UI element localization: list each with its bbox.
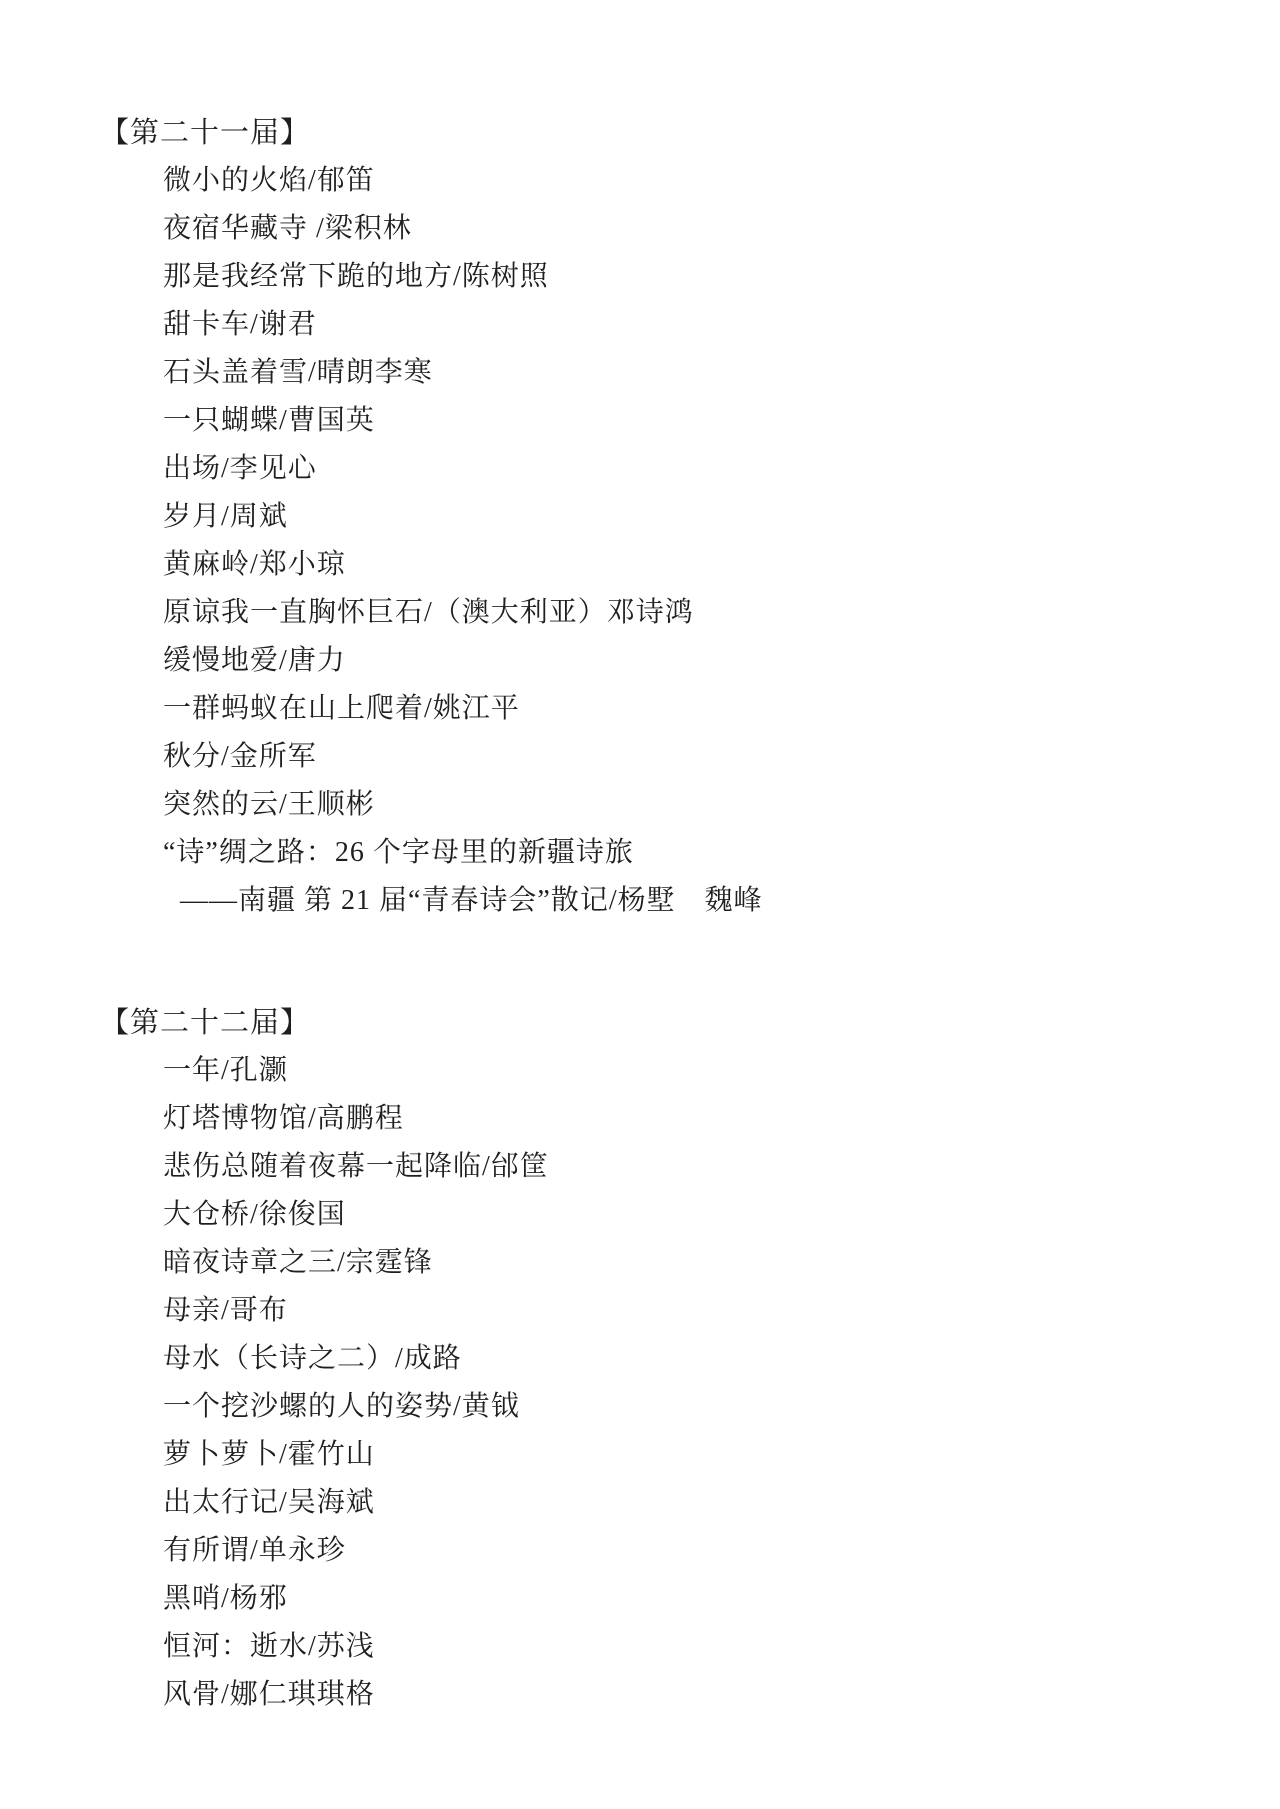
toc-entry: 一群蚂蚁在山上爬着/姚江平	[100, 685, 1220, 733]
toc-entry: 风骨/娜仁琪琪格	[100, 1671, 1220, 1719]
toc-entry-continuation: ——南疆 第 21 届“青春诗会”散记/杨墅 魏峰	[100, 877, 1220, 925]
toc-entry: 大仓桥/徐俊国	[100, 1191, 1220, 1239]
toc-entry: “诗”绸之路：26 个字母里的新疆诗旅	[100, 829, 1220, 877]
toc-entry: 一个挖沙螺的人的姿势/黄钺	[100, 1383, 1220, 1431]
toc-entry: 岁月/周斌	[100, 493, 1220, 541]
toc-entry: 缓慢地爱/唐力	[100, 637, 1220, 685]
toc-entry: 出太行记/吴海斌	[100, 1479, 1220, 1527]
toc-entry: 出场/李见心	[100, 445, 1220, 493]
toc-entry: 母水（长诗之二）/成路	[100, 1335, 1220, 1383]
toc-entry: 萝卜萝卜/霍竹山	[100, 1431, 1220, 1479]
toc-entry: 悲伤总随着夜幕一起降临/邰筐	[100, 1143, 1220, 1191]
toc-entry: 恒河：逝水/苏浅	[100, 1623, 1220, 1671]
section-header: 【第二十二届】	[100, 999, 1220, 1047]
toc-entry: 石头盖着雪/晴朗李寒	[100, 349, 1220, 397]
toc-entry: 突然的云/王顺彬	[100, 781, 1220, 829]
toc-content: 【第二十一届】 微小的火焰/郁笛 夜宿华藏寺 /梁积林 那是我经常下跪的地方/陈…	[0, 0, 1280, 1719]
toc-entry: 有所谓/单永珍	[100, 1527, 1220, 1575]
section-items: 一年/孔灏 灯塔博物馆/高鹏程 悲伤总随着夜幕一起降临/邰筐 大仓桥/徐俊国 暗…	[100, 1047, 1220, 1719]
toc-entry: 黑哨/杨邪	[100, 1575, 1220, 1623]
toc-entry: 一年/孔灏	[100, 1047, 1220, 1095]
toc-entry: 母亲/哥布	[100, 1287, 1220, 1335]
toc-section: 【第二十一届】 微小的火焰/郁笛 夜宿华藏寺 /梁积林 那是我经常下跪的地方/陈…	[100, 109, 1220, 925]
toc-entry: 秋分/金所军	[100, 733, 1220, 781]
section-items: 微小的火焰/郁笛 夜宿华藏寺 /梁积林 那是我经常下跪的地方/陈树照 甜卡车/谢…	[100, 157, 1220, 925]
toc-entry: 一只蝴蝶/曹国英	[100, 397, 1220, 445]
toc-entry: 夜宿华藏寺 /梁积林	[100, 205, 1220, 253]
toc-entry: 微小的火焰/郁笛	[100, 157, 1220, 205]
toc-entry: 黄麻岭/郑小琼	[100, 541, 1220, 589]
toc-entry: 甜卡车/谢君	[100, 301, 1220, 349]
section-header: 【第二十一届】	[100, 109, 1220, 157]
document-page: 【第二十一届】 微小的火焰/郁笛 夜宿华藏寺 /梁积林 那是我经常下跪的地方/陈…	[0, 0, 1280, 1809]
toc-entry: 暗夜诗章之三/宗霆锋	[100, 1239, 1220, 1287]
toc-entry: 原谅我一直胸怀巨石/（澳大利亚）邓诗鸿	[100, 589, 1220, 637]
toc-entry: 灯塔博物馆/高鹏程	[100, 1095, 1220, 1143]
toc-entry: 那是我经常下跪的地方/陈树照	[100, 253, 1220, 301]
toc-section: 【第二十二届】 一年/孔灏 灯塔博物馆/高鹏程 悲伤总随着夜幕一起降临/邰筐 大…	[100, 999, 1220, 1719]
